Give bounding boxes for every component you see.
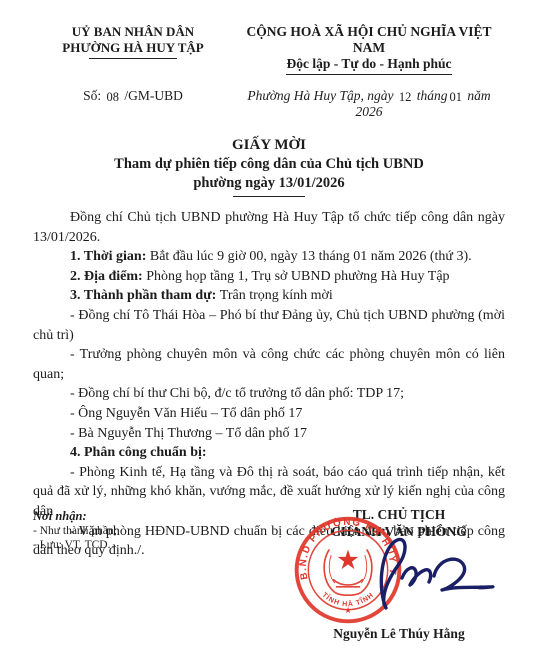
org-name-line1: UỶ BAN NHÂN DÂN [33,24,233,40]
org-name-line2: PHƯỜNG HÀ HUY TẬP [33,40,233,56]
document-content: UỶ BAN NHÂN DÂN PHƯỜNG HÀ HUY TẬP CỘNG H… [0,0,536,561]
document-page: UỶ BAN NHÂN DÂN PHƯỜNG HÀ HUY TẬP CỘNG H… [0,0,536,659]
doc-number-suffix: /GM-UBD [124,88,183,103]
org-underline [89,58,177,59]
document-title-block: GIẤY MỜI Tham dự phiên tiếp công dân của… [33,136,505,197]
body-item: - Bà Nguyễn Thị Thương – Tổ dân phố 17 [33,424,505,444]
number-date-row: Số: 08 /GM-UBD Phường Hà Huy Tập, ngày 1… [33,88,505,120]
body-item: - Đồng chí Tô Thái Hòa – Phó bí thư Đảng… [33,306,505,345]
item-label: 1. Thời gian: [70,249,150,264]
national-motto-line1: CỘNG HOÀ XÃ HỘI CHỦ NGHĨA VIỆT NAM [233,24,505,56]
title-underline [233,196,305,197]
national-motto-line2: Độc lập - Tự do - Hạnh phúc [286,56,451,75]
item-label: 3. Thành phần tham dự: [70,288,220,303]
body-item: - Đồng chí bí thư Chi bộ, đ/c tổ trưởng … [33,384,505,404]
issuing-org-block: UỶ BAN NHÂN DÂN PHƯỜNG HÀ HUY TẬP [33,24,233,75]
body-item: 3. Thành phần tham dự: Trân trọng kính m… [33,286,505,306]
body-item: 2. Địa điểm: Phòng họp tầng 1, Trụ sở UB… [33,267,505,287]
signature-ink [346,532,536,614]
recipients-label: Nơi nhận: [33,509,117,524]
signature-area: TL. CHỦ TỊCH CHÁNH VĂN PHÒNG U.B.N.D PHƯ… [290,505,536,655]
date-place-prefix: Phường Hà Huy Tập, ngày [247,88,393,103]
body-item: - Ông Nguyễn Văn Hiếu – Tổ dân phố 17 [33,404,505,424]
title-line3: phường ngày 13/01/2026 [33,174,505,193]
recipient-item: - Lưu: VT, TCD. [33,538,117,552]
date-month-value: 01 [448,90,465,104]
recipients-block: Nơi nhận: - Như thành phần; - Lưu: VT, T… [33,509,117,552]
signer-name: Nguyễn Lê Thúy Hằng [290,626,508,642]
title-line1: GIẤY MỜI [33,136,505,155]
body-item: 4. Phân công chuẩn bị: [33,443,505,463]
item-text: Phòng họp tầng 1, Trụ sở UBND phường Hà … [146,269,449,284]
item-label: 4. Phân công chuẩn bị: [70,445,207,460]
item-text: Trân trọng kính mời [220,288,333,303]
national-header-block: CỘNG HOÀ XÃ HỘI CHỦ NGHĨA VIỆT NAM Độc l… [233,24,505,75]
place-date-line: Phường Hà Huy Tập, ngày 12 tháng01 năm 2… [233,88,505,120]
body-item: 1. Thời gian: Bắt đầu lúc 9 giờ 00, ngày… [33,247,505,267]
body-item: - Trưởng phòng chuyên môn và công chức c… [33,345,505,384]
item-text: Bắt đầu lúc 9 giờ 00, ngày 13 tháng 01 n… [150,249,472,264]
intro-paragraph: Đồng chí Chủ tịch UBND phường Hà Huy Tập… [33,208,505,247]
date-month-word: tháng [417,88,448,103]
document-number: Số: 08 /GM-UBD [33,88,233,104]
item-label: 2. Địa điểm: [70,269,146,284]
date-day-value: 12 [397,90,414,104]
doc-number-label: Số: [83,88,101,103]
item-text: - Bà Nguyễn Thị Thương – Tổ dân phố 17 [70,426,307,441]
recipient-item: - Như thành phần; [33,524,117,538]
document-header: UỶ BAN NHÂN DÂN PHƯỜNG HÀ HUY TẬP CỘNG H… [33,24,505,75]
item-text: - Ông Nguyễn Văn Hiếu – Tổ dân phố 17 [70,406,302,421]
item-text: - Trưởng phòng chuyên môn và công chức c… [33,347,505,382]
doc-number-value: 08 [105,90,122,104]
item-text: - Đồng chí bí thư Chi bộ, đ/c tổ trưởng … [70,386,404,401]
title-line2: Tham dự phiên tiếp công dân của Chủ tịch… [33,155,505,174]
item-text: - Đồng chí Tô Thái Hòa – Phó bí thư Đảng… [33,308,505,343]
